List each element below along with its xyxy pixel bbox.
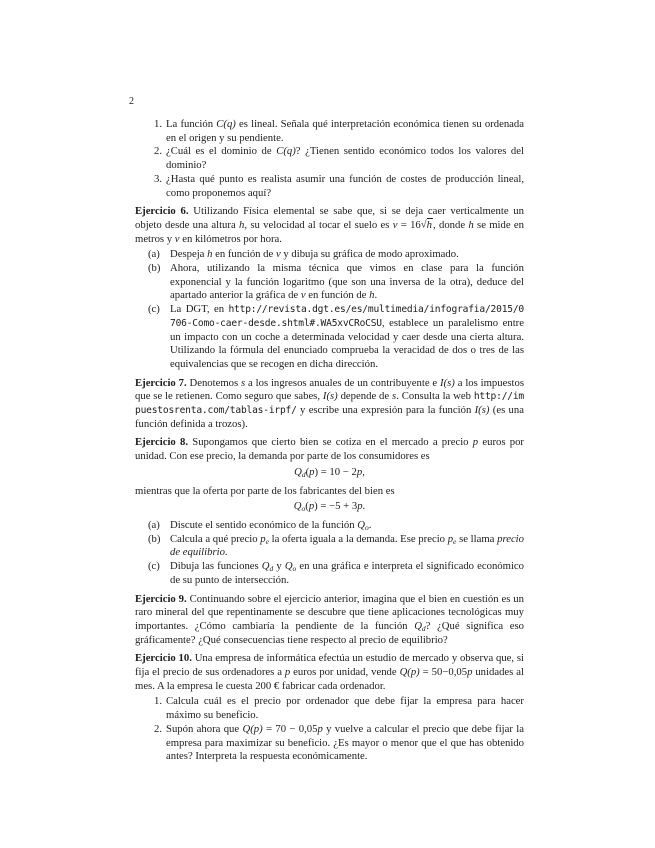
list-marker: 2.: [135, 723, 162, 737]
page-number: 2: [129, 96, 134, 107]
italic-text: Q: [262, 560, 270, 572]
subscript-text: o: [365, 523, 369, 532]
italic-text: I(s): [323, 390, 338, 402]
paragraph: Ejercicio 6. Utilizando Física elemental…: [135, 205, 524, 246]
subscript-text: o: [302, 504, 306, 513]
italic-text: p: [473, 436, 478, 448]
list-marker: (c): [148, 303, 170, 317]
paragraph: Ejercicio 10. Una empresa de informática…: [135, 652, 524, 693]
italic-text: s: [392, 390, 396, 402]
italic-text: Q: [357, 519, 365, 531]
italic-text: p: [285, 666, 290, 678]
italic-text: Q: [414, 620, 422, 632]
list-item: (a)Discute el sentido económico de la fu…: [135, 519, 524, 533]
ordered-list: (a)Discute el sentido económico de la fu…: [135, 519, 524, 588]
formula: Qd(p) = 10 − 2p,: [135, 466, 524, 480]
italic-text: precio de equilibrio: [170, 533, 524, 559]
list-item-text: La función C(q) es lineal. Señala qué in…: [166, 118, 524, 144]
list-item: (a)Despeja h en función de v y dibuja su…: [135, 248, 524, 262]
list-marker: (b): [148, 262, 170, 276]
italic-text: v: [301, 289, 306, 301]
radicand: h: [427, 218, 433, 231]
document-content: 1.La función C(q) es lineal. Señala qué …: [135, 118, 524, 769]
list-item-text: Dibuja las funciones Qd y Qo en una gráf…: [170, 560, 524, 586]
ordered-list: (a)Despeja h en función de v y dibuja su…: [135, 248, 524, 371]
list-item: 1.Calcula cuál es el precio por ordenado…: [135, 695, 524, 722]
subscript-text: d: [302, 470, 306, 479]
list-item: (b)Calcula a qué precio pe la oferta igu…: [135, 533, 524, 560]
paragraph: Ejercicio 8. Supongamos que cierto bien …: [135, 436, 524, 463]
list-marker: (c): [148, 560, 170, 574]
italic-text: Q: [294, 466, 302, 478]
list-item: (b)Ahora, utilizando la misma técnica qu…: [135, 262, 524, 303]
italic-text: p: [467, 666, 472, 678]
italic-text: p: [309, 466, 314, 478]
list-item-text: ¿Hasta qué punto es realista asumir una …: [166, 173, 524, 199]
subscript-text: d: [422, 624, 426, 633]
exercise-label: Ejercicio 6.: [135, 205, 189, 217]
list-item-text: ¿Cuál es el dominio de C(q)? ¿Tienen sen…: [166, 145, 524, 171]
exercise-label: Ejercicio 9.: [135, 593, 187, 605]
list-item: 2.Supón ahora que Q(p) = 70 − 0,05p y vu…: [135, 723, 524, 764]
italic-text: I(s): [440, 377, 455, 389]
subscript-text: o: [293, 564, 297, 573]
list-item: (c)La DGT, en http://revista.dgt.es/es/m…: [135, 303, 524, 372]
italic-text: p: [317, 723, 322, 735]
exercise-label: Ejercicio 7.: [135, 377, 187, 389]
italic-text: Q: [285, 560, 293, 572]
italic-text: h: [468, 219, 473, 231]
italic-text: v: [276, 248, 281, 260]
sqrt-expression: √h: [421, 219, 433, 231]
list-item: 1.La función C(q) es lineal. Señala qué …: [135, 118, 524, 145]
italic-text: Q: [294, 500, 302, 512]
list-item-text: La DGT, en http://revista.dgt.es/es/mult…: [170, 303, 524, 370]
list-marker: 1.: [135, 118, 162, 132]
italic-text: Q(p): [242, 723, 262, 735]
list-item-text: Discute el sentido económico de la funci…: [170, 519, 371, 531]
list-marker: 2.: [135, 145, 162, 159]
subscript-text: e: [266, 537, 269, 546]
list-item: 2.¿Cuál es el dominio de C(q)? ¿Tienen s…: [135, 145, 524, 172]
list-item: 3.¿Hasta qué punto es realista asumir un…: [135, 173, 524, 200]
italic-text: p: [357, 500, 362, 512]
list-marker: (b): [148, 533, 170, 547]
list-marker: (a): [148, 248, 170, 262]
paragraph: Ejercicio 9. Continuando sobre el ejerci…: [135, 593, 524, 648]
url-text: http://revista.dgt.es/es/multimedia/info…: [170, 304, 524, 329]
paragraph: Ejercicio 7. Denotemos s a los ingresos …: [135, 377, 524, 432]
list-item-text: Despeja h en función de v y dibuja su gr…: [170, 248, 459, 260]
list-item: (c)Dibuja las funciones Qd y Qo en una g…: [135, 560, 524, 587]
document-page: 2 1.La función C(q) es lineal. Señala qu…: [0, 0, 655, 848]
list-item-text: Supón ahora que Q(p) = 70 − 0,05p y vuel…: [166, 723, 524, 762]
list-item-text: Calcula cuál es el precio por ordenador …: [166, 695, 524, 721]
italic-text: s: [241, 377, 245, 389]
italic-text: v: [175, 233, 180, 245]
list-marker: 3.: [135, 173, 162, 187]
list-marker: (a): [148, 519, 170, 533]
italic-text: p: [309, 500, 314, 512]
ordered-list: 1.Calcula cuál es el precio por ordenado…: [135, 695, 524, 764]
italic-text: h: [207, 248, 212, 260]
exercise-label: Ejercicio 8.: [135, 436, 188, 448]
ordered-list: 1.La función C(q) es lineal. Señala qué …: [135, 118, 524, 200]
list-item-text: Calcula a qué precio pe la oferta iguala…: [170, 533, 524, 559]
formula: Qo(p) = −5 + 3p.: [135, 500, 524, 514]
exercise-label: Ejercicio 10.: [135, 652, 192, 664]
italic-text: p: [357, 466, 362, 478]
italic-text: Q(p): [400, 666, 420, 678]
italic-text: h: [239, 219, 244, 231]
radical-sign: √: [421, 218, 427, 232]
italic-text: h: [369, 289, 374, 301]
subscript-text: d: [270, 564, 274, 573]
italic-text: I(s): [475, 404, 490, 416]
list-item-text: Ahora, utilizando la misma técnica que v…: [170, 262, 524, 301]
italic-text: C(q): [276, 145, 296, 157]
italic-text: C(q): [216, 118, 236, 130]
subscript-text: e: [453, 537, 456, 546]
italic-text: v: [393, 219, 398, 231]
list-marker: 1.: [135, 695, 162, 709]
paragraph: mientras que la oferta por parte de los …: [135, 485, 524, 499]
